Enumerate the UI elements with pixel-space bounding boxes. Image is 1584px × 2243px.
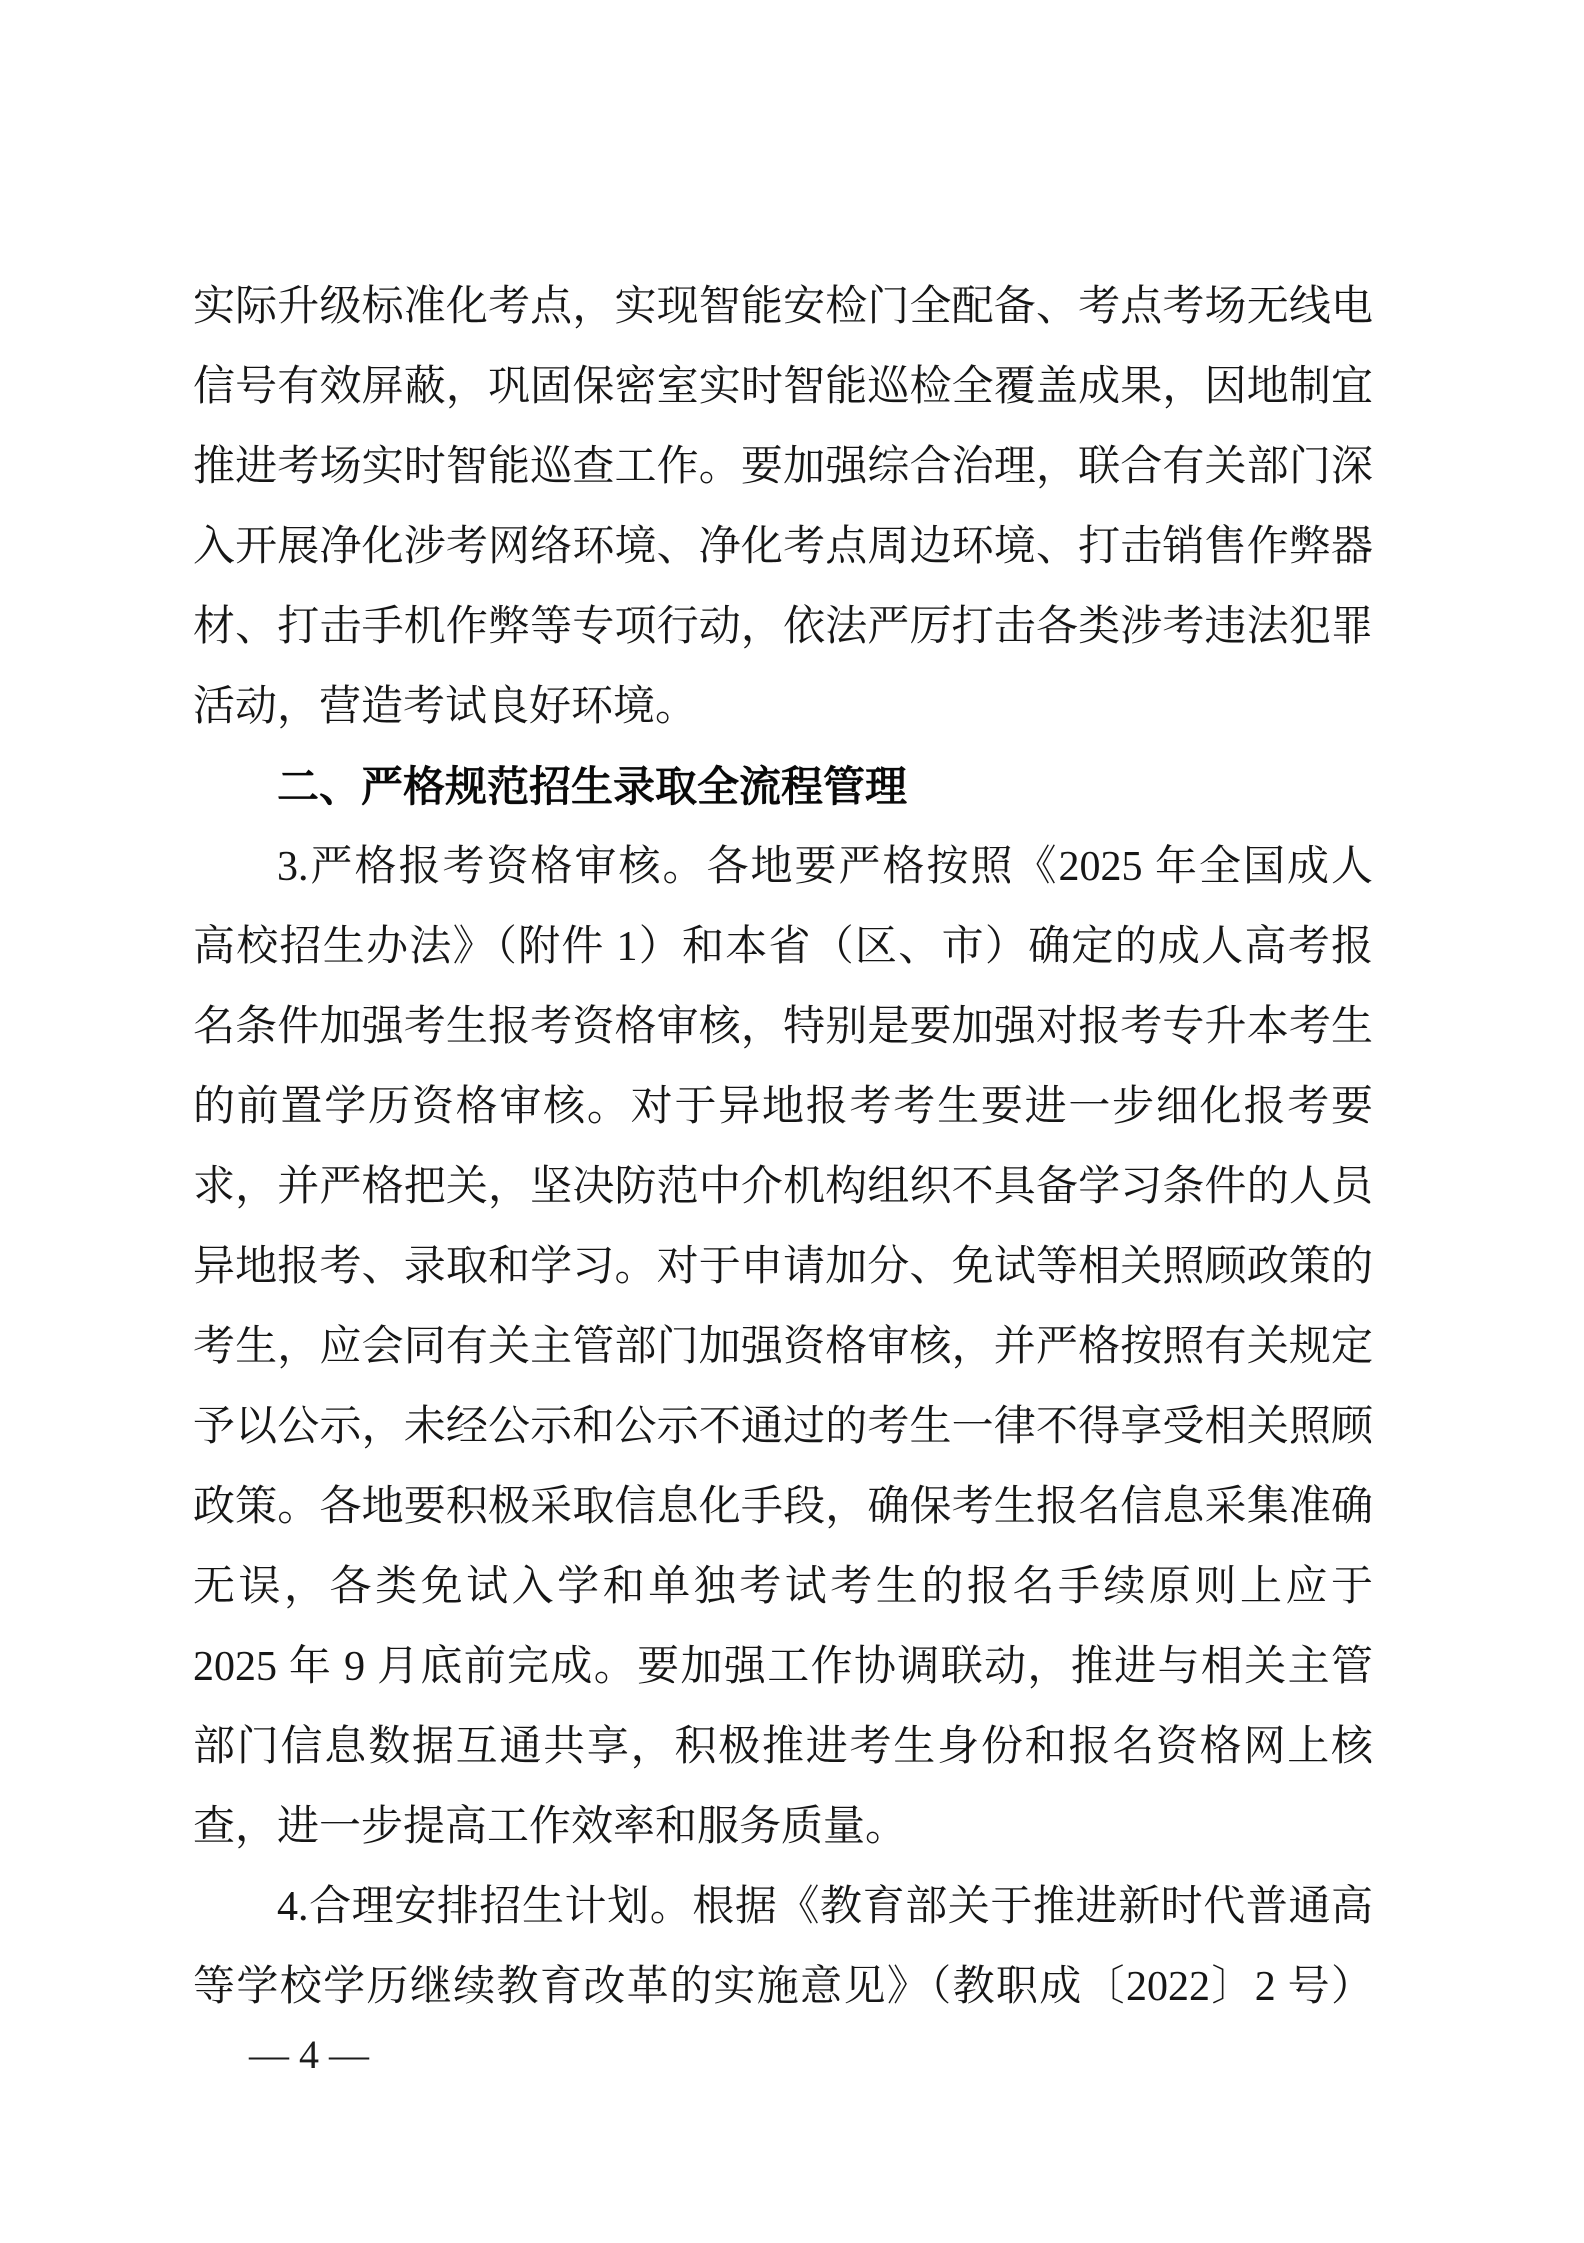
text-line: 实际升级标准化考点，实现智能安检门全配备、考点考场无线电 (193, 267, 1373, 347)
text-line: 求，并严格把关，坚决防范中介机构组织不具备学习条件的人员 (193, 1147, 1373, 1227)
text-line: 考生，应会同有关主管部门加强资格审核，并严格按照有关规定 (193, 1307, 1373, 1387)
text-line: 高校招生办法》（附件 1）和本省（区、市）确定的成人高考报 (193, 907, 1373, 987)
document-page: 实际升级标准化考点，实现智能安检门全配备、考点考场无线电 信号有效屏蔽，巩固保密… (0, 0, 1584, 2243)
text-line: 政策。各地要积极采取信息化手段，确保考生报名信息采集准确 (193, 1467, 1373, 1547)
text-line: 信号有效屏蔽，巩固保密室实时智能巡检全覆盖成果，因地制宜 (193, 347, 1373, 427)
text-line: 名条件加强考生报考资格审核，特别是要加强对报考专升本考生 (193, 987, 1373, 1067)
section-heading: 二、严格规范招生录取全流程管理 (193, 747, 1373, 827)
text-line: 活动，营造考试良好环境。 (193, 667, 1373, 747)
text-line: 查，进一步提高工作效率和服务质量。 (193, 1787, 1373, 1867)
text-line: 材、打击手机作弊等专项行动，依法严厉打击各类涉考违法犯罪 (193, 587, 1373, 667)
text-line: 4.合理安排招生计划。根据《教育部关于推进新时代普通高 (193, 1867, 1373, 1947)
text-line: 2025 年 9 月底前完成。要加强工作协调联动，推进与相关主管 (193, 1627, 1373, 1707)
page-number: — 4 — (193, 2015, 425, 2095)
text-line: 3.严格报考资格审核。各地要严格按照《2025 年全国成人 (193, 827, 1373, 907)
text-line: 无误，各类免试入学和单独考试考生的报名手续原则上应于 (193, 1547, 1373, 1627)
text-line: 入开展净化涉考网络环境、净化考点周边环境、打击销售作弊器 (193, 507, 1373, 587)
text-line: 异地报考、录取和学习。对于申请加分、免试等相关照顾政策的 (193, 1227, 1373, 1307)
text-line: 予以公示，未经公示和公示不通过的考生一律不得享受相关照顾 (193, 1387, 1373, 1467)
text-line: 推进考场实时智能巡查工作。要加强综合治理，联合有关部门深 (193, 427, 1373, 507)
text-line: 的前置学历资格审核。对于异地报考考生要进一步细化报考要 (193, 1067, 1373, 1147)
text-line: 部门信息数据互通共享，积极推进考生身份和报名资格网上核 (193, 1707, 1373, 1787)
